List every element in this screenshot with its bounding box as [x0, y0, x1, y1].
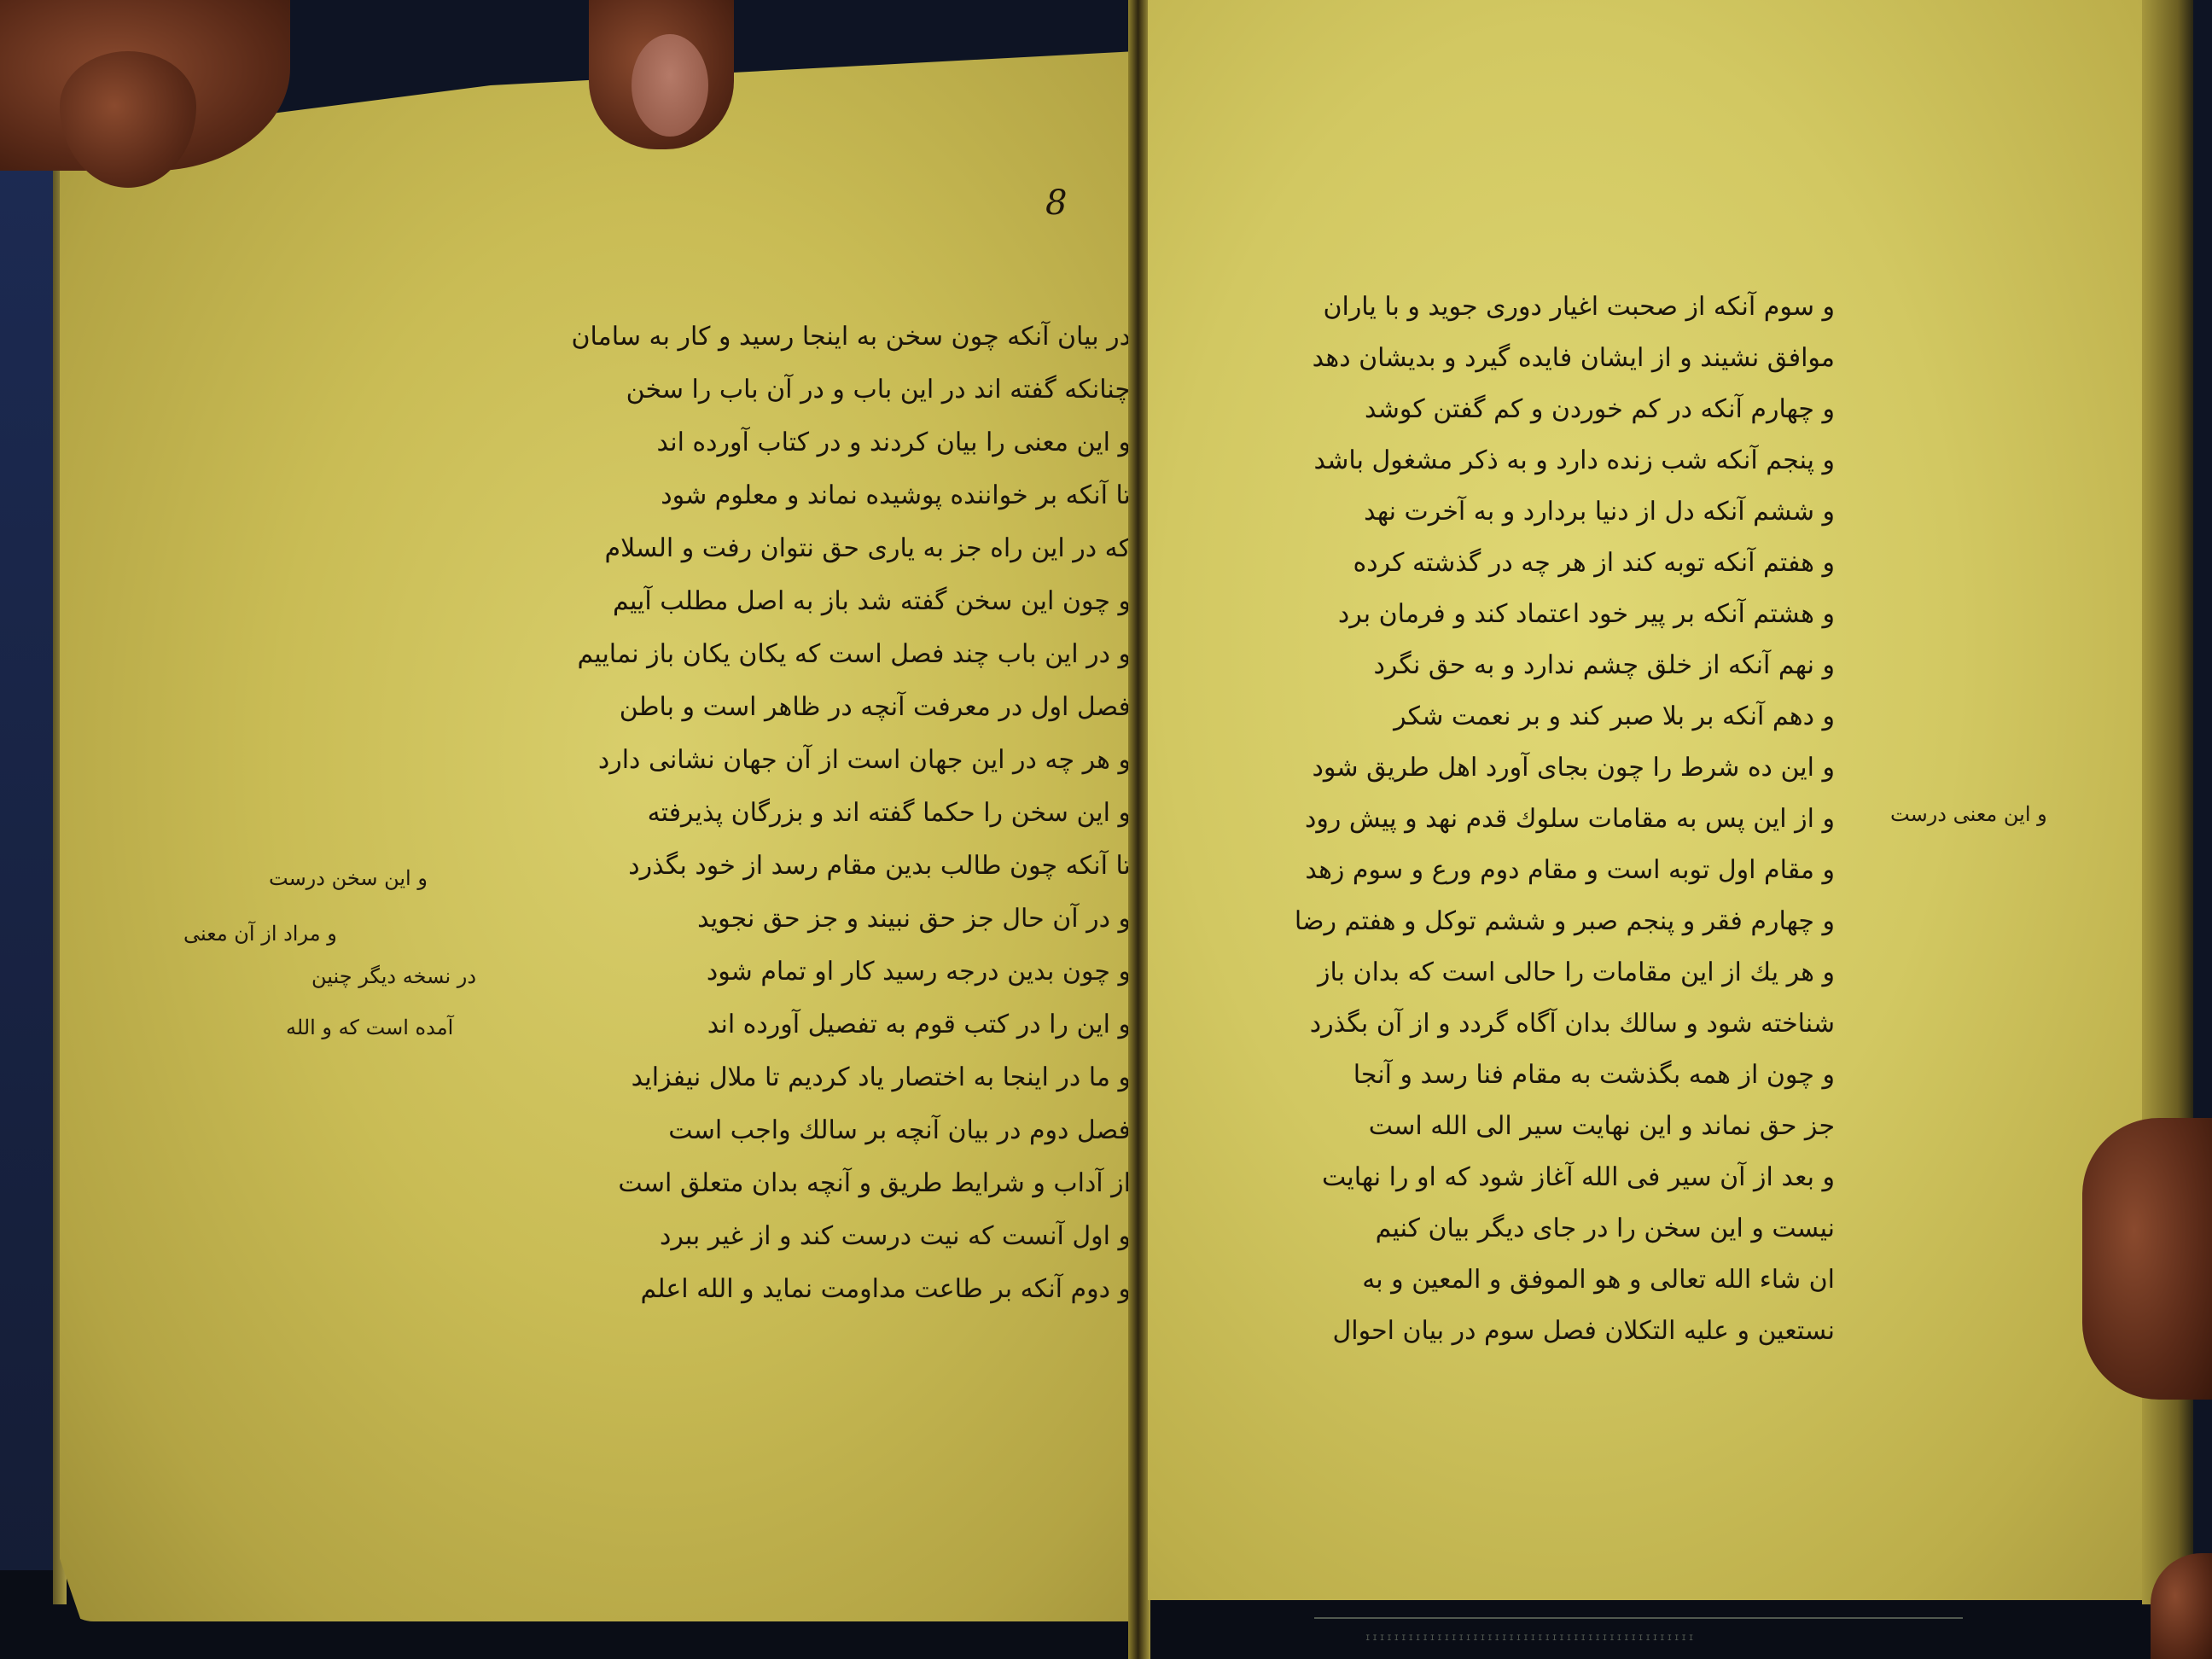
text-line: ﻧﺴﺘﻌﻴﻦ ﻭ ﻋﻠﻴﻪ ﺍﻟﺘﻜﻼﻥ ﻓﺼﻞ ﺳﻮﻡ ﺩﺭ ﺑﻴﺎﻥ ﺍﺣﻮ…: [1156, 1314, 1835, 1348]
text-line: ﻭ ﻫﺮ ﭼﻪ ﺩﺭ ﺍﻳﻦ ﺟﻬﺎﻥ ﺍﺳﺖ ﺍﺯ ﺁﻥ ﺟﻬﺎﻥ ﻧﺸﺎﻧﻰ…: [465, 743, 1131, 777]
text-line: ﻧﻴﺴﺖ ﻭ ﺍﻳﻦ ﺳﺨﻦ ﺭﺍ ﺩﺭ ﺟﺎﻯ ﺩﻳﮕﺮ ﺑﻴﺎﻥ ﻛﻨﻴﻢ: [1156, 1212, 1835, 1246]
margin-note: ﺩﺭ ﻧﺴﺨﻪ ﺩﻳﮕﺮ ﭼﻨﻴﻦ: [311, 964, 476, 988]
text-line: ﻭ ﭼﻮﻥ ﺑﺪﻳﻦ ﺩﺭﺟﻪ ﺭﺳﻴﺪ ﻛﺎﺭ ﺍﻭ ﺗﻤﺎﻡ ﺷﻮﺩ: [465, 955, 1131, 989]
text-line: ﻭ ﻣﺎ ﺩﺭ ﺍﻳﻨﺠﺎ ﺑﻪ ﺍﺧﺘﺼﺎﺭ ﻳﺎﺩ ﻛﺮﺩﻳﻢ ﺗﺎ ﻣﻠﺎ…: [465, 1061, 1131, 1095]
thumb-right: [2082, 1118, 2212, 1400]
text-line: ﺟﺰ ﺣﻖ ﻧﻤﺎﻧﺪ ﻭ ﺍﻳﻦ ﻧﻬﺎﻳﺖ ﺳﻴﺮ ﺍﻟﻰ ﺍﻟﻠﻪ ﺍﺳﺖ: [1156, 1109, 1835, 1144]
text-line: ﻭ ﻫﺮ ﻳﻚ ﺍﺯ ﺍﻳﻦ ﻣﻘﺎﻣﺎﺕ ﺭﺍ ﺣﺎﻟﻰ ﺍﺳﺖ ﻛﻪ ﺑﺪﺍ…: [1156, 956, 1835, 990]
text-line: ﻣﻮﺍﻓﻖ ﻧﺸﻴﻨﺪ ﻭ ﺍﺯ ﺍﻳﺸﺎﻥ ﻓﺎﻳﺪﻩ ﮔﻴﺮﺩ ﻭ ﺑﺪﻳﺸ…: [1156, 341, 1835, 375]
text-line: ﻭ ﺩﻫﻢ ﺁﻧﻜﻪ ﺑﺮ ﺑﻼ ﺻﺒﺮ ﻛﻨﺪ ﻭ ﺑﺮ ﻧﻌﻤﺖ ﺷﻜﺮ: [1156, 700, 1835, 734]
page-number: 8: [1045, 183, 1067, 223]
text-line: ﻭ ﻫﻔﺘﻢ ﺁﻧﻜﻪ ﺗﻮﺑﻪ ﻛﻨﺪ ﺍﺯ ﻫﺮ ﭼﻪ ﺩﺭ ﮔﺬﺷﺘﻪ ﻛ…: [1156, 546, 1835, 580]
text-line: ﻓﺼﻞ ﺍﻭﻝ ﺩﺭ ﻣﻌﺮﻓﺖ ﺁﻧﭽﻪ ﺩﺭ ﻇﺎﻫﺮ ﺍﺳﺖ ﻭ ﺑﺎﻃﻦ: [465, 690, 1131, 725]
scale-ruler-ticks: IIIIIIIIIIIIIIIIIIIIIIIIIIIIIIIIIIIIIIII…: [1365, 1634, 1696, 1643]
text-line: ﭼﻨﺎﻧﻜﻪ ﮔﻔﺘﻪ ﺍﻧﺪ ﺩﺭ ﺍﻳﻦ ﺑﺎﺏ ﻭ ﺩﺭ ﺁﻥ ﺑﺎﺏ ﺭ…: [465, 373, 1131, 407]
text-line: ﻭ ﭘﻨﺠﻢ ﺁﻧﻜﻪ ﺷﺐ ﺯﻧﺪﻩ ﺩﺍﺭﺩ ﻭ ﺑﻪ ﺫﻛﺮ ﻣﺸﻐﻮﻝ …: [1156, 444, 1835, 478]
text-line: ﻭ ﺷﺸﻢ ﺁﻧﻜﻪ ﺩﻝ ﺍﺯ ﺩﻧﻴﺎ ﺑﺮﺩﺍﺭﺩ ﻭ ﺑﻪ ﺁﺧﺮﺕ ﻧ…: [1156, 495, 1835, 529]
text-line: ﻛﻪ ﺩﺭ ﺍﻳﻦ ﺭﺍﻩ ﺟﺰ ﺑﻪ ﻳﺎﺭﻯ ﺣﻖ ﻧﺘﻮﺍﻥ ﺭﻓﺖ ﻭ …: [465, 532, 1131, 566]
text-line: ﺷﻨﺎﺧﺘﻪ ﺷﻮﺩ ﻭ ﺳﺎﻟﻚ ﺑﺪﺍﻥ ﺁﮔﺎﻩ ﮔﺮﺩﺩ ﻭ ﺍﺯ ﺁﻥ…: [1156, 1007, 1835, 1041]
text-line: ﻭ ﭼﻬﺎﺭﻡ ﺁﻧﻜﻪ ﺩﺭ ﻛﻢ ﺧﻮﺭﺩﻥ ﻭ ﻛﻢ ﮔﻔﺘﻦ ﻛﻮﺷﺪ: [1156, 393, 1835, 427]
margin-note: ﻭ ﺍﻳﻦ ﺳﺨﻦ ﺩﺭﺳﺖ: [269, 866, 428, 890]
text-line: ﻭ ﺍﻳﻦ ﻣﻌﻨﻰ ﺭﺍ ﺑﻴﺎﻥ ﻛﺮﺩﻧﺪ ﻭ ﺩﺭ ﻛﺘﺎﺏ ﺁﻭﺭﺩﻩ…: [465, 426, 1131, 460]
text-line: ﻭ ﻫﺸﺘﻢ ﺁﻧﻜﻪ ﺑﺮ ﭘﻴﺮ ﺧﻮﺩ ﺍﻋﺘﻤﺎﺩ ﻛﻨﺪ ﻭ ﻓﺮﻣﺎ…: [1156, 597, 1835, 632]
text-line: ﻭ ﭼﻬﺎﺭﻡ ﻓﻘﺮ ﻭ ﭘﻨﺠﻢ ﺻﺒﺮ ﻭ ﺷﺸﻢ ﺗﻮﻛﻞ ﻭ ﻫﻔﺘﻢ…: [1156, 905, 1835, 939]
right-text-block: ﻭ ﺳﻮﻡ ﺁﻧﻜﻪ ﺍﺯ ﺻﺤﺒﺖ ﺍﻏﻴﺎﺭ ﺩﻭﺭﻯ ﺟﻮﻳﺪ ﻭ ﺑﺎ …: [1156, 290, 1835, 1365]
margin-note: ﺁﻣﺪﻩ ﺍﺳﺖ ﻛﻪ ﻭ ﺍﻟﻠﻪ: [286, 1016, 453, 1039]
text-line: ﻭ ﭼﻮﻥ ﺍﻳﻦ ﺳﺨﻦ ﮔﻔﺘﻪ ﺷﺪ ﺑﺎﺯ ﺑﻪ ﺍﺻﻞ ﻣﻄﻠﺐ ﺁﻳ…: [465, 585, 1131, 619]
text-line: ﻭ ﺩﺭ ﺍﻳﻦ ﺑﺎﺏ ﭼﻨﺪ ﻓﺼﻞ ﺍﺳﺖ ﻛﻪ ﻳﻜﺎﻥ ﻳﻜﺎﻥ ﺑﺎ…: [465, 637, 1131, 672]
text-line: ﻭ ﺍﻭﻝ ﺁﻧﺴﺖ ﻛﻪ ﻧﻴﺖ ﺩﺭﺳﺖ ﻛﻨﺪ ﻭ ﺍﺯ ﻏﻴﺮ ﺑﺒﺮﺩ: [465, 1220, 1131, 1254]
text-line: ﻭ ﺑﻌﺪ ﺍﺯ ﺁﻥ ﺳﻴﺮ ﻓﻰ ﺍﻟﻠﻪ ﺁﻏﺎﺯ ﺷﻮﺩ ﻛﻪ ﺍﻭ ﺭ…: [1156, 1161, 1835, 1195]
left-text-block: ﺩﺭ ﺑﻴﺎﻥ ﺁﻧﻜﻪ ﭼﻮﻥ ﺳﺨﻦ ﺑﻪ ﺍﻳﻨﺠﺎ ﺭﺳﻴﺪ ﻭ ﻛﺎﺭ…: [465, 320, 1131, 1353]
text-line: ﻭ ﻧﻬﻢ ﺁﻧﻜﻪ ﺍﺯ ﺧﻠﻖ ﭼﺸﻢ ﻧﺪﺍﺭﺩ ﻭ ﺑﻪ ﺣﻖ ﻧﮕﺮﺩ: [1156, 649, 1835, 683]
text-line: ﺗﺎ ﺁﻧﻜﻪ ﺑﺮ ﺧﻮﺍﻧﻨﺪﻩ ﭘﻮﺷﻴﺪﻩ ﻧﻤﺎﻧﺪ ﻭ ﻣﻌﻠﻮﻡ …: [465, 479, 1131, 513]
text-line: ﻭ ﺳﻮﻡ ﺁﻧﻜﻪ ﺍﺯ ﺻﺤﺒﺖ ﺍﻏﻴﺎﺭ ﺩﻭﺭﻯ ﺟﻮﻳﺪ ﻭ ﺑﺎ …: [1156, 290, 1835, 324]
text-line: ﺍﻥ ﺷﺎﺀ ﺍﻟﻠﻪ ﺗﻌﺎﻟﻰ ﻭ ﻫﻮ ﺍﻟﻤﻮﻓﻖ ﻭ ﺍﻟﻤﻌﻴﻦ ﻭ…: [1156, 1263, 1835, 1297]
margin-note: ﻭ ﻣﺮﺍﺩ ﺍﺯ ﺁﻥ ﻣﻌﻨﻰ: [183, 922, 337, 946]
text-line: ﻭ ﻣﻘﺎﻡ ﺍﻭﻝ ﺗﻮﺑﻪ ﺍﺳﺖ ﻭ ﻣﻘﺎﻡ ﺩﻭﻡ ﻭﺭﻉ ﻭ ﺳﻮﻡ…: [1156, 853, 1835, 888]
text-line: ﻭ ﺩﻭﻡ ﺁﻧﻜﻪ ﺑﺮ ﻃﺎﻋﺖ ﻣﺪﺍﻭﻣﺖ ﻧﻤﺎﻳﺪ ﻭ ﺍﻟﻠﻪ ﺍ…: [465, 1272, 1131, 1307]
text-line: ﻓﺼﻞ ﺩﻭﻡ ﺩﺭ ﺑﻴﺎﻥ ﺁﻧﭽﻪ ﺑﺮ ﺳﺎﻟﻚ ﻭﺍﺟﺐ ﺍﺳﺖ: [465, 1114, 1131, 1148]
text-line: ﻭ ﺍﻳﻦ ﺭﺍ ﺩﺭ ﻛﺘﺐ ﻗﻮﻡ ﺑﻪ ﺗﻔﺼﻴﻞ ﺁﻭﺭﺩﻩ ﺍﻧﺪ: [465, 1008, 1131, 1042]
thumbnail: [632, 34, 708, 137]
text-line: ﺍﺯ ﺁﺩﺍﺏ ﻭ ﺷﺮﺍﻳﻂ ﻃﺮﻳﻖ ﻭ ﺁﻧﭽﻪ ﺑﺪﺍﻥ ﻣﺘﻌﻠﻖ ﺍ…: [465, 1167, 1131, 1201]
text-line: ﻭ ﺍﻳﻦ ﺩﻩ ﺷﺮﻁ ﺭﺍ ﭼﻮﻥ ﺑﺠﺎﻯ ﺁﻭﺭﺩ ﺍﻫﻞ ﻃﺮﻳﻖ ﺷ…: [1156, 751, 1835, 785]
text-line: ﺩﺭ ﺑﻴﺎﻥ ﺁﻧﻜﻪ ﭼﻮﻥ ﺳﺨﻦ ﺑﻪ ﺍﻳﻨﺠﺎ ﺭﺳﻴﺪ ﻭ ﻛﺎﺭ…: [465, 320, 1131, 354]
margin-note: ﻭ ﺍﻳﻦ ﻣﻌﻨﻰ ﺩﺭﺳﺖ: [1890, 802, 2047, 826]
text-line: ﻭ ﺩﺭ ﺁﻥ ﺣﺎﻝ ﺟﺰ ﺣﻖ ﻧﺒﻴﻨﺪ ﻭ ﺟﺰ ﺣﻖ ﻧﺠﻮﻳﺪ: [465, 902, 1131, 936]
text-line: ﻭ ﭼﻮﻥ ﺍﺯ ﻫﻤﻪ ﺑﮕﺬﺷﺖ ﺑﻪ ﻣﻘﺎﻡ ﻓﻨﺎ ﺭﺳﺪ ﻭ ﺁﻧﺠ…: [1156, 1058, 1835, 1092]
scale-ruler: [1314, 1617, 1963, 1624]
text-line: ﻭ ﺍﺯ ﺍﻳﻦ ﭘﺲ ﺑﻪ ﻣﻘﺎﻣﺎﺕ ﺳﻠﻮﻙ ﻗﺪﻡ ﻧﻬﺪ ﻭ ﭘﻴﺶ…: [1156, 802, 1835, 836]
text-line: ﺗﺎ ﺁﻧﻜﻪ ﭼﻮﻥ ﻃﺎﻟﺐ ﺑﺪﻳﻦ ﻣﻘﺎﻡ ﺭﺳﺪ ﺍﺯ ﺧﻮﺩ ﺑﮕ…: [465, 849, 1131, 883]
text-line: ﻭ ﺍﻳﻦ ﺳﺨﻦ ﺭﺍ ﺣﻜﻤﺎ ﮔﻔﺘﻪ ﺍﻧﺪ ﻭ ﺑﺰﺭﮔﺎﻥ ﭘﺬﻳﺮ…: [465, 796, 1131, 830]
